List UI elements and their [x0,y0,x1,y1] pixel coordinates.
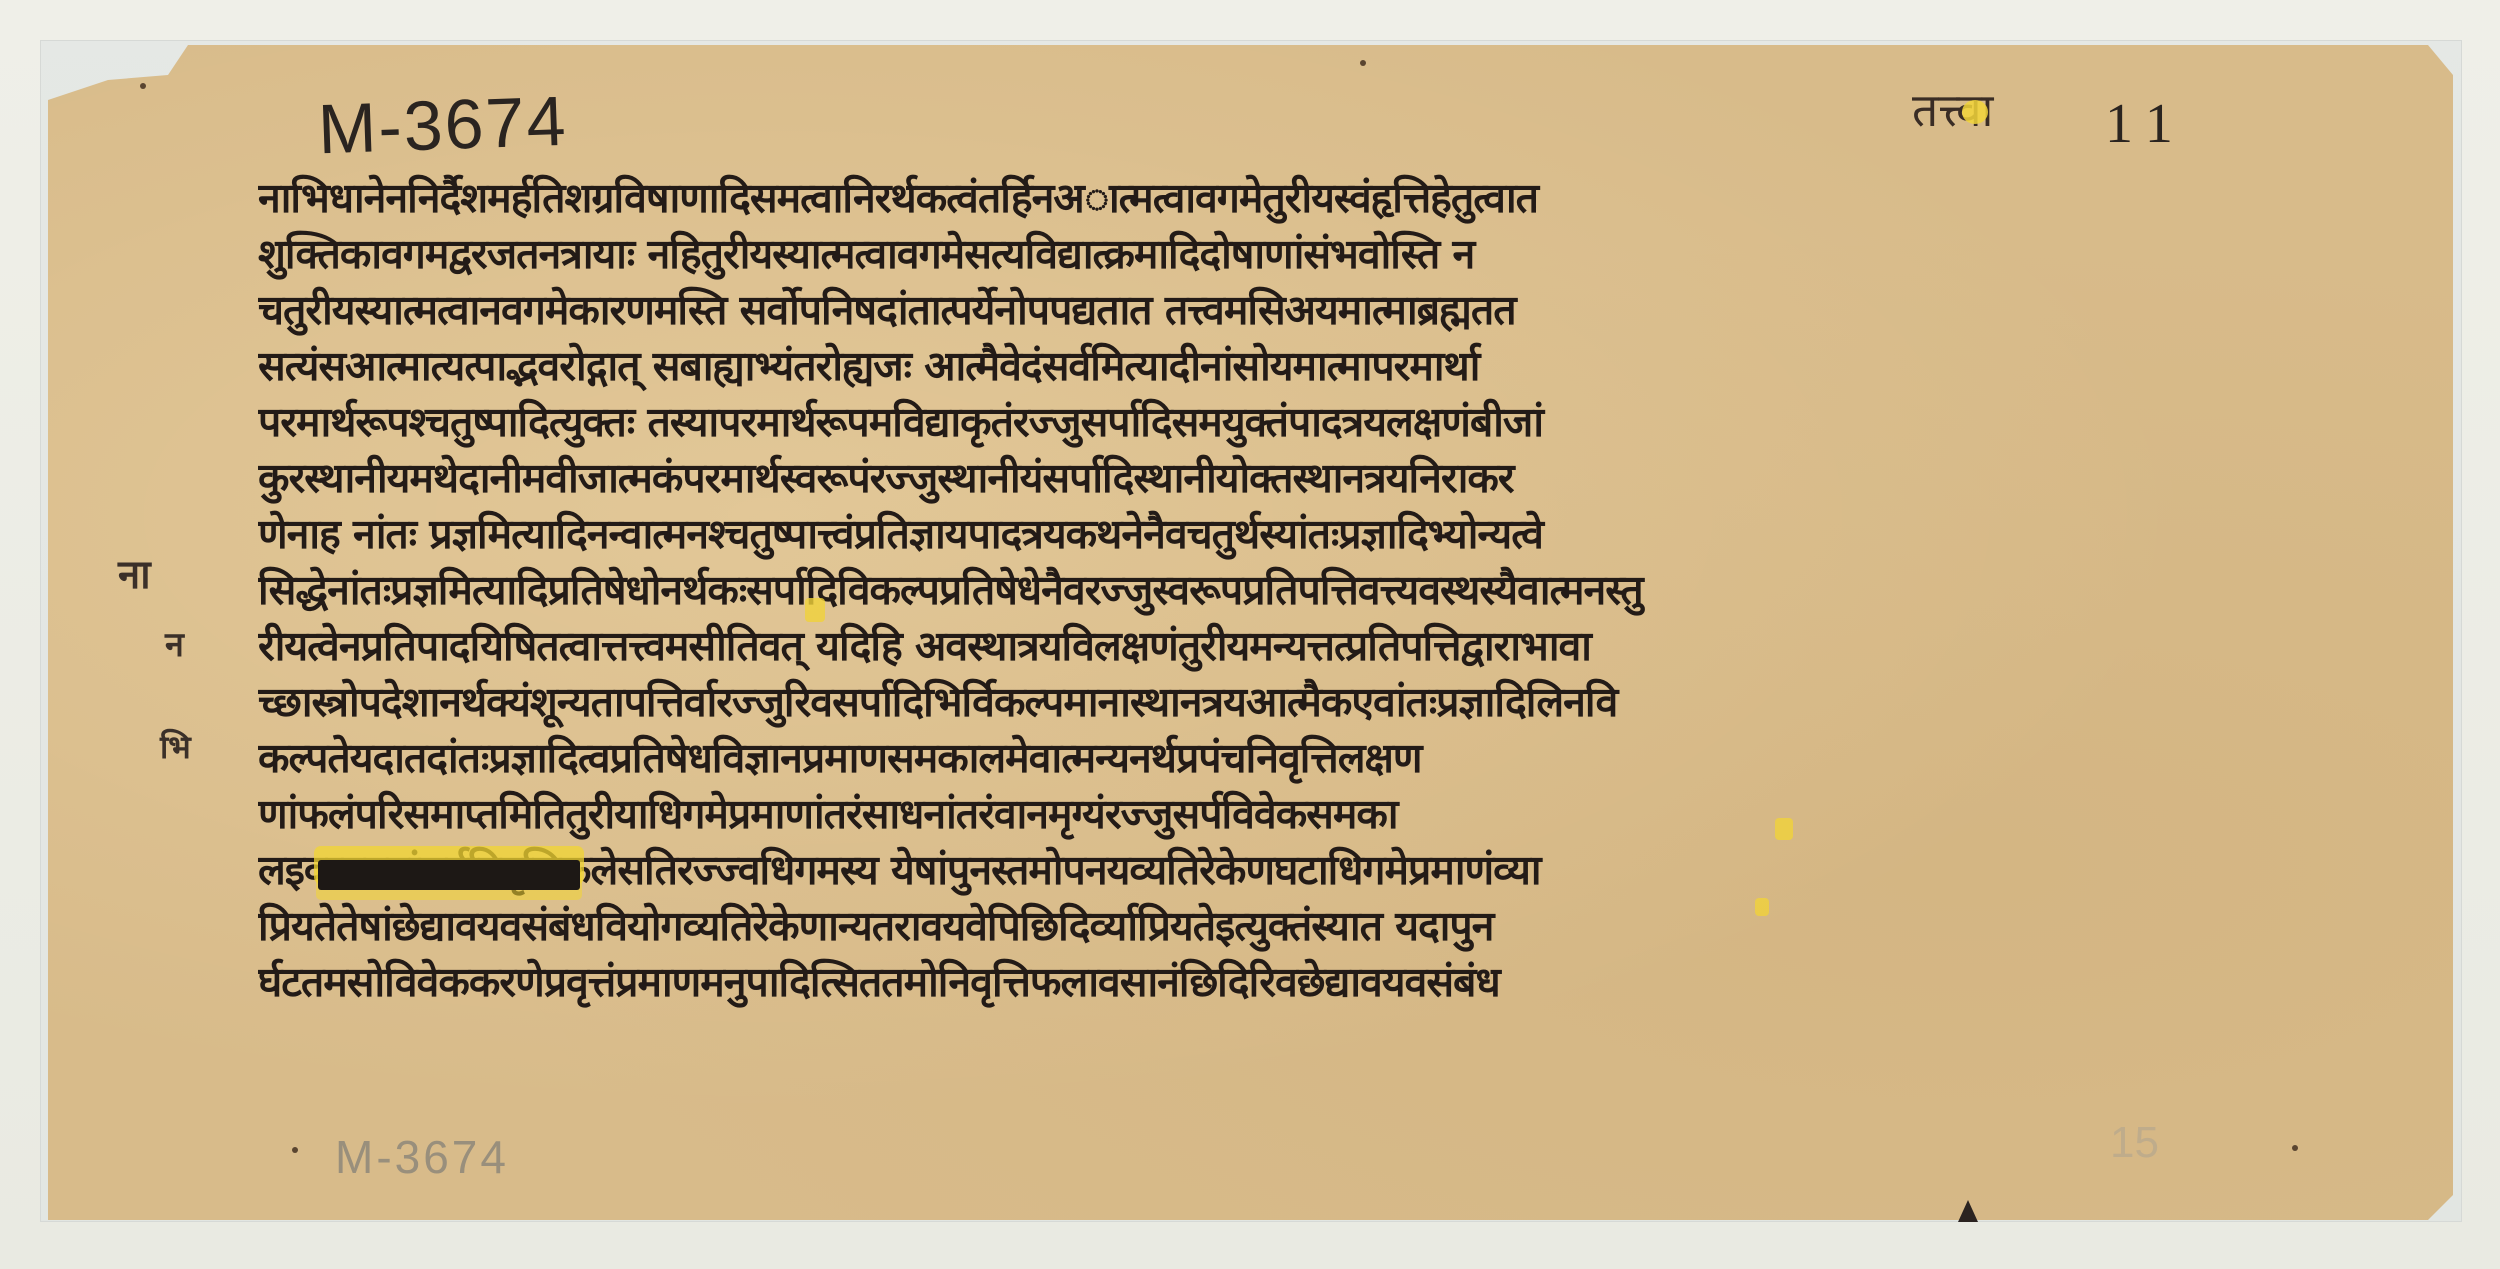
text-line-9: रीयत्वेनप्रतिपादयिषितत्वात्तत्त्वमसीतिवत… [258,618,2248,674]
text-line-6: कुरस्थानीयमथेदानीमवीजात्मकंपरमार्थस्वरूप… [258,450,2248,506]
margin-note-3: भि [160,725,191,768]
text-line-2: शुक्तिकावगमद्वरजतनत्रायाः नहितुरीयस्यात्… [258,226,2248,282]
yellow-correction-mark [805,598,825,622]
shelfmark-label: M-3674 [317,81,569,170]
faded-corner-number: 15 [2110,1118,2159,1168]
faded-pencil-shelfmark: M-3674 [335,1130,509,1184]
paper-speck [1360,60,1366,66]
text-line-8: सिद्धेनांतःप्रज्ञमित्यादिप्रतिषेधोनर्थकः… [258,562,2248,618]
text-line-12: णांफलंपरिसमाप्तमितितुरीयाधिगमेप्रमाणांतर… [258,786,2248,842]
text-line-3: चतुरीयस्यात्मत्वानवगमेकारणमस्ति सर्वोपनि… [258,282,2248,338]
folio-title-label: तत्त्वा [1912,78,1993,140]
text-line-1: नाभिधानेननिर्दैशमर्हतिशग्रविषाणादिसमत्वा… [258,170,2248,226]
ink-redaction-bar [318,860,580,890]
paper-speck [2292,1145,2298,1151]
yellow-correction-mark [1755,898,1769,916]
yellow-correction-mark [1962,100,1988,124]
folio-number: 11 [2105,92,2187,156]
paper-speck [292,1147,298,1153]
text-line-14: प्रियतेतेषांछेद्यावयवसंबंधवियोगव्यतिरेके… [258,898,2248,954]
text-line-11: कल्पतेयदातदांतःप्रज्ञादित्वप्रतिषेधविज्ञ… [258,730,2248,786]
margin-note-2: न [165,620,184,666]
text-line-4: सत्यंसआत्मात्यत्पाद्भवरोद्गात् सबाह्याभ्… [258,338,2248,394]
text-line-5: परमार्थरूपश्चतुष्पादित्युक्तः तस्यापरमार… [258,394,2248,450]
ink-blot [1958,1200,1978,1222]
margin-note-1: ना [118,545,151,600]
text-line-7: णेनाह नांतः प्रज्ञमित्यादिनन्वात्मनश्चतु… [258,506,2248,562]
text-line-15: र्घटतमसोविवेककरणेप्रवृत्तंप्रमाणमनुपादित… [258,954,2248,1010]
yellow-correction-mark [1775,818,1793,840]
text-line-10: च्छास्त्रोपदेशानर्थक्यंशून्यतापत्तिर्वार… [258,674,2248,730]
paper-speck [140,83,146,89]
